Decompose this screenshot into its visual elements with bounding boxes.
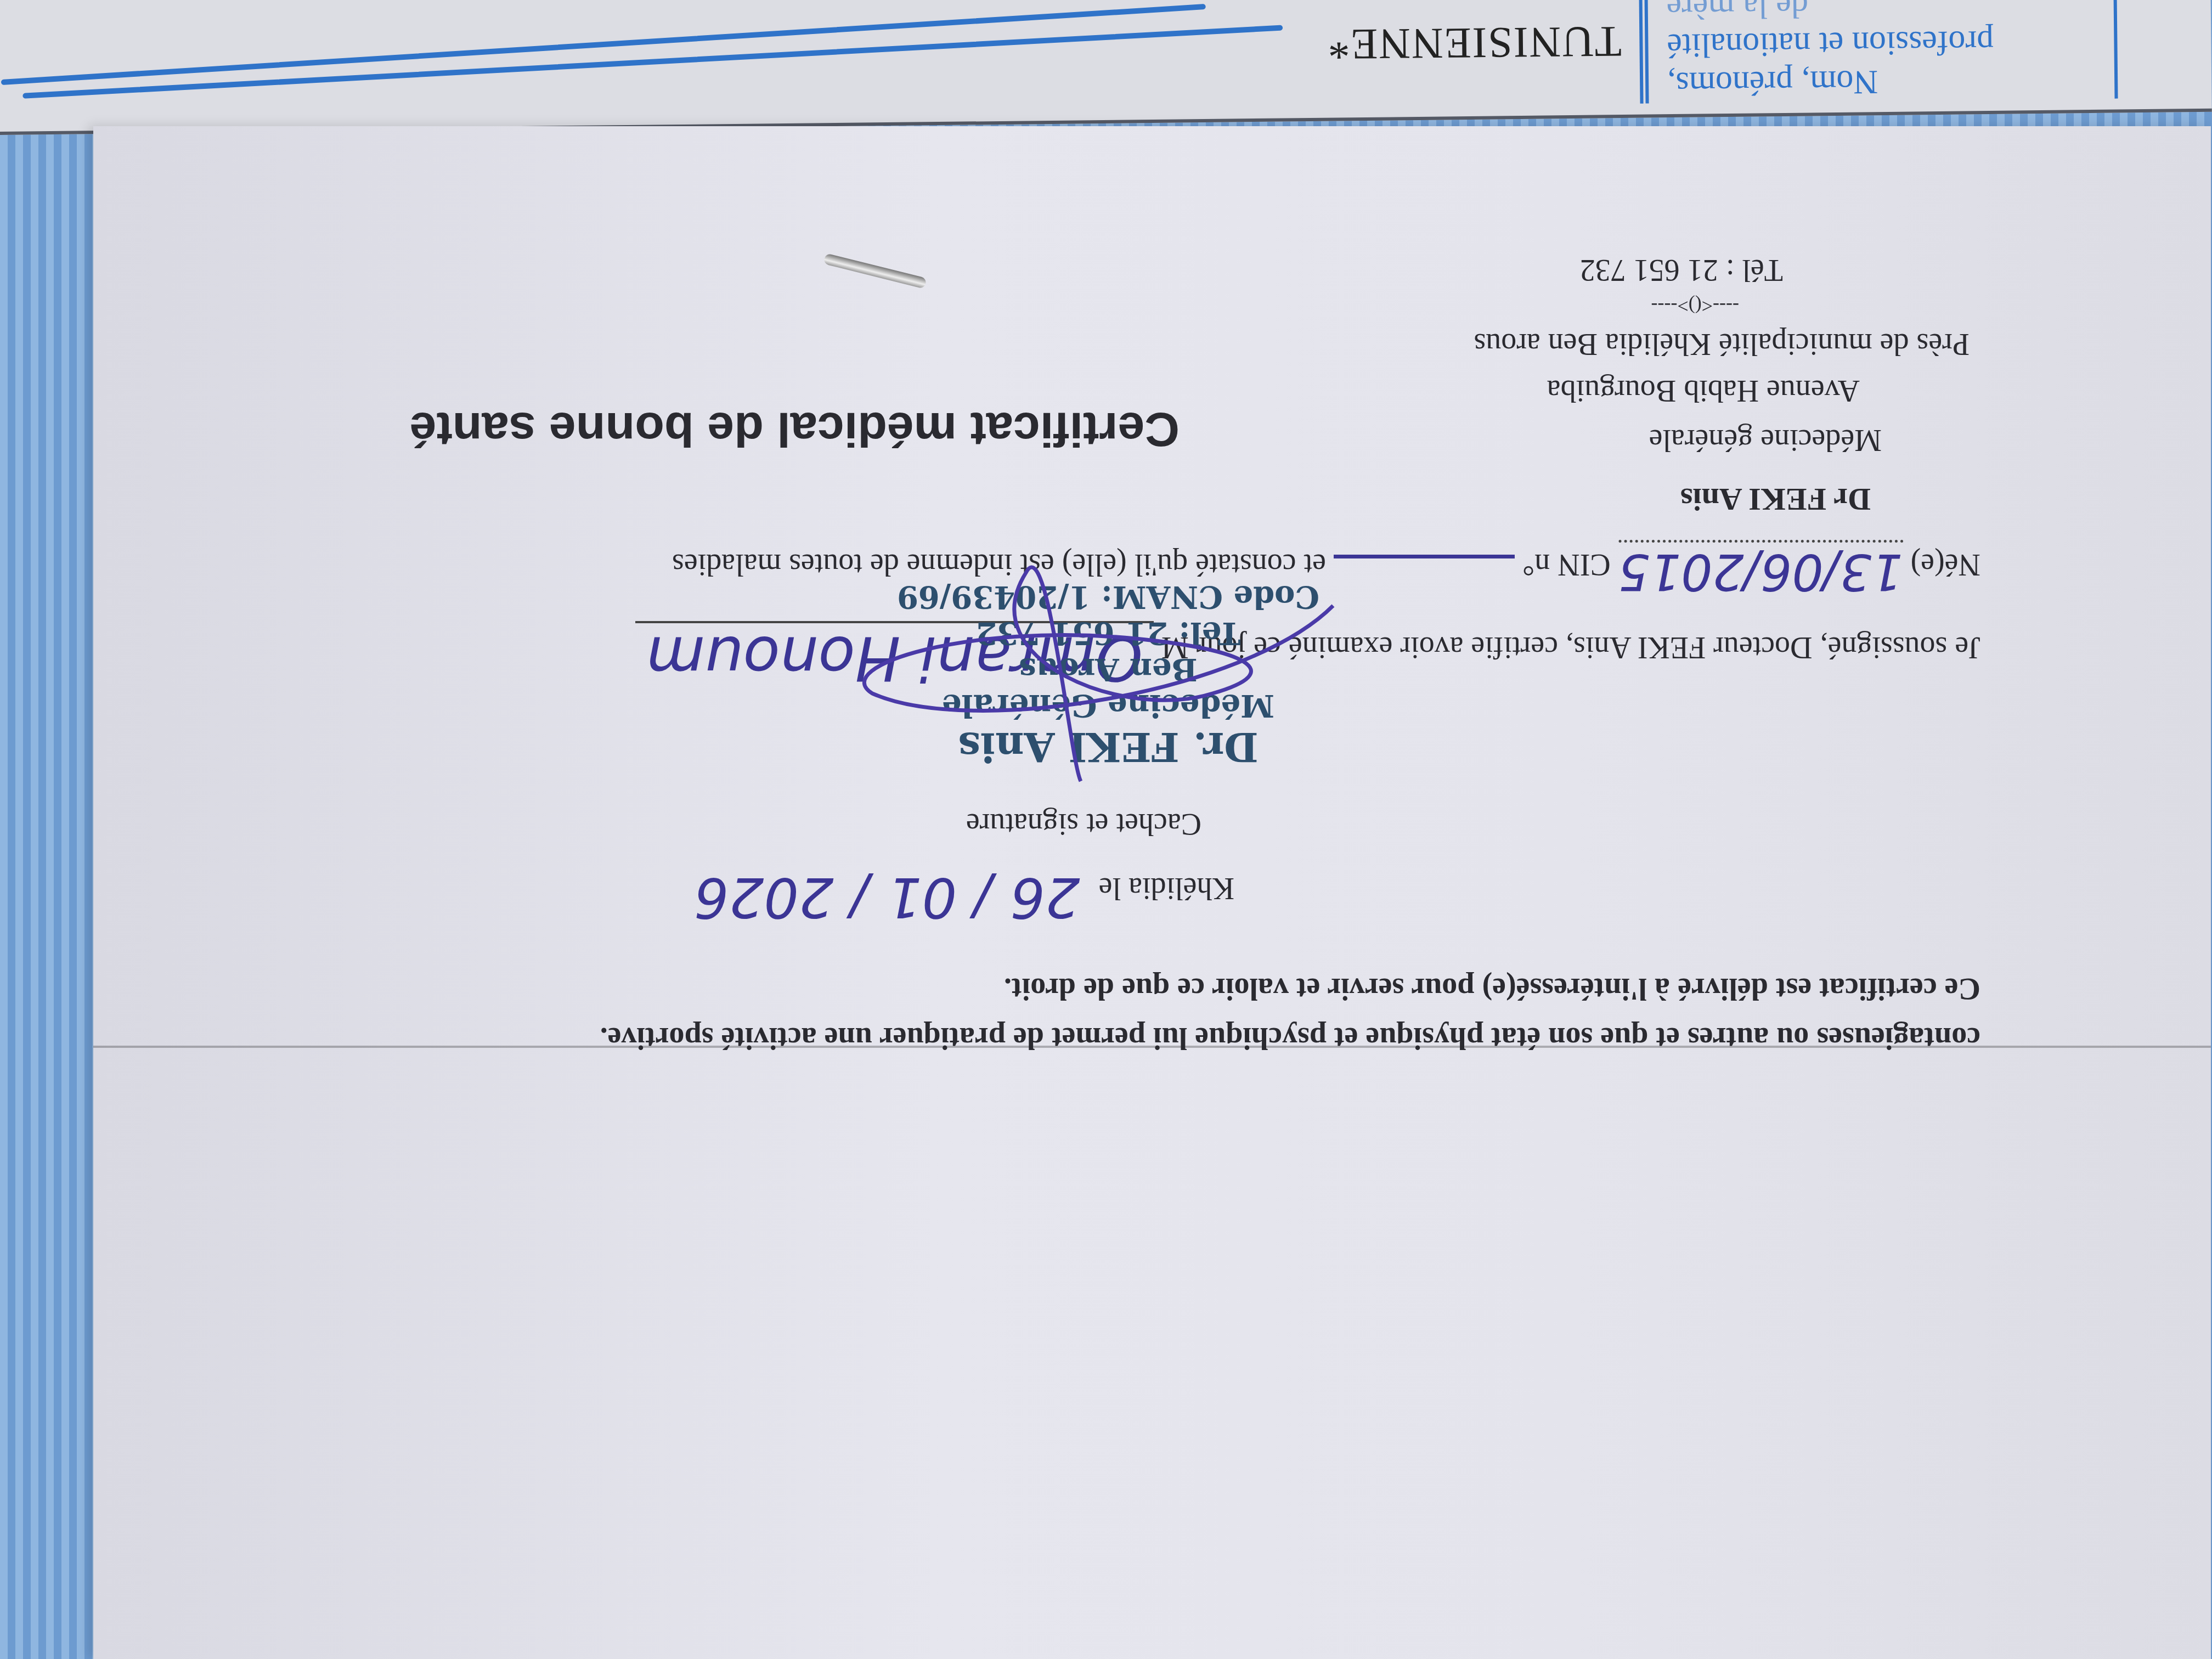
form-border-line — [1, 4, 1206, 85]
certificate-content: Dr FEKI Anis Médecine générale Avenue Ha… — [93, 126, 2211, 1659]
header-separator: ----<()>---- — [1651, 295, 1740, 318]
doctor-name-header: Dr FEKI Anis — [1680, 481, 1871, 518]
background-form-strip: Nom, prénoms, profession et nationalité … — [0, 0, 2212, 135]
form-column-divider — [2113, 0, 2118, 99]
signature-scribble — [828, 518, 1355, 803]
address-line-1: Avenue Habib Bourguiba — [1547, 373, 1860, 408]
form-label-line: profession et nationalité — [1667, 22, 2084, 65]
header-phone: Tél : 21 651 732 — [1580, 252, 1783, 287]
birth-date-handwritten: 13/06/2015 — [1618, 540, 1903, 600]
form-label-line: Nom, prénoms, — [1667, 60, 2085, 103]
form-column-divider — [1644, 0, 1649, 104]
address-line-2: Près de municipalité Khélidia Ben arous — [1474, 326, 1970, 362]
body-line-3: contagieuses ou autres et que son état p… — [600, 1020, 1980, 1056]
certificate-title: Certificat médical de bonne santé — [410, 402, 1180, 458]
place-date-line: Khélidia le 26 / 01 / 2026 — [694, 865, 1234, 929]
form-label-line: de la mère — [1666, 0, 2084, 26]
cin-field-scribbled — [1334, 555, 1515, 558]
nationality-value: TUNISIENNE* — [1327, 16, 1622, 69]
place-label: Khélidia le — [1099, 871, 1234, 905]
born-label: Né(e) — [1911, 548, 1980, 582]
form-border-line — [22, 25, 1283, 99]
form-column-divider — [1639, 0, 1643, 104]
medical-certificate-page: Dr FEKI Anis Médecine générale Avenue Ha… — [93, 126, 2211, 1659]
body-line-4: Ce certificat est délivré à l'intéressé(… — [1004, 971, 1980, 1006]
specialty: Médecine générale — [1649, 422, 1882, 458]
form-field-label: Nom, prénoms, profession et nationalité … — [1666, 0, 2084, 103]
date-handwritten: 26 / 01 / 2026 — [694, 865, 1080, 929]
staple — [823, 253, 927, 289]
signature-label: Cachet et signature — [966, 806, 1201, 842]
cin-label: CIN n° — [1522, 548, 1611, 582]
